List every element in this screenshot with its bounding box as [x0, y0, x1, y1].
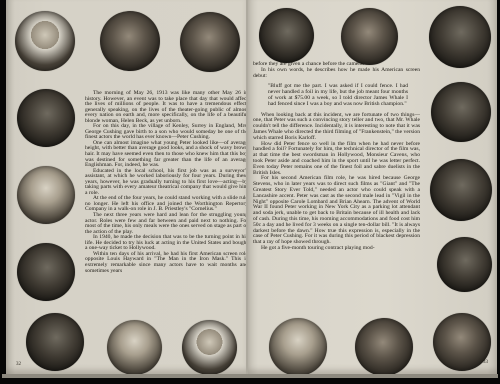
body-paragraph: The next three years were hard and lean … [85, 213, 248, 235]
portrait-photo [17, 243, 75, 301]
portrait-photo [17, 89, 75, 147]
book-spine [246, 0, 248, 374]
body-paragraph: He got a five-month touring contract pla… [253, 246, 420, 252]
book-spread: The morning of May 26, 1913 was like man… [0, 0, 500, 384]
body-paragraph: The morning of May 26, 1913 was like man… [85, 91, 248, 124]
portrait-photo [107, 320, 162, 375]
portrait-photo [17, 166, 75, 224]
body-paragraph: In 1940, he made the decision that was t… [85, 235, 248, 252]
right-page: before they are given a chance before th… [248, 0, 497, 374]
left-page: The morning of May 26, 1913 was like man… [6, 0, 248, 374]
body-paragraph: Within ten days of his arrival, he had h… [85, 252, 248, 274]
right-page-text: before they are given a chance before th… [253, 62, 420, 252]
page-bottom-edge [2, 374, 498, 378]
body-paragraph: One can almost imagine what young Peter … [85, 141, 248, 169]
portrait-photo [26, 313, 84, 371]
portrait-photo [180, 12, 240, 72]
portrait-photo [15, 11, 75, 71]
portrait-photo [182, 320, 237, 375]
page-number-right: 33 [483, 360, 488, 365]
portrait-photo [100, 11, 160, 71]
portrait-photo [430, 159, 492, 221]
body-paragraph: For his second American film role, he wa… [253, 176, 420, 246]
body-paragraph: In his own words, he describes how he ma… [253, 68, 420, 80]
portrait-photo [429, 6, 491, 68]
portrait-photo [437, 237, 492, 292]
portrait-photo [259, 8, 314, 63]
portrait-photo [269, 318, 327, 376]
body-paragraph: How did Peter fence so well in the film … [253, 142, 420, 177]
portrait-photo [355, 318, 413, 376]
left-page-text: The morning of May 26, 1913 was like man… [85, 91, 248, 274]
portrait-photo [431, 82, 491, 142]
body-paragraph: For on this day, in the village of Kenle… [85, 124, 248, 141]
body-paragraph: Educated in the local school, his first … [85, 169, 248, 197]
book-photo-backdrop: { "colors": { "page_paper": "#d7d3c8", "… [0, 0, 500, 384]
portrait-photo [341, 8, 398, 65]
quote-block: "Bluff got me the part. I was asked if I… [268, 84, 408, 107]
body-paragraph: At the end of the four years, he could s… [85, 196, 248, 213]
page-number-left: 32 [16, 362, 21, 367]
body-paragraph: When looking back at this incident, we a… [253, 113, 420, 142]
